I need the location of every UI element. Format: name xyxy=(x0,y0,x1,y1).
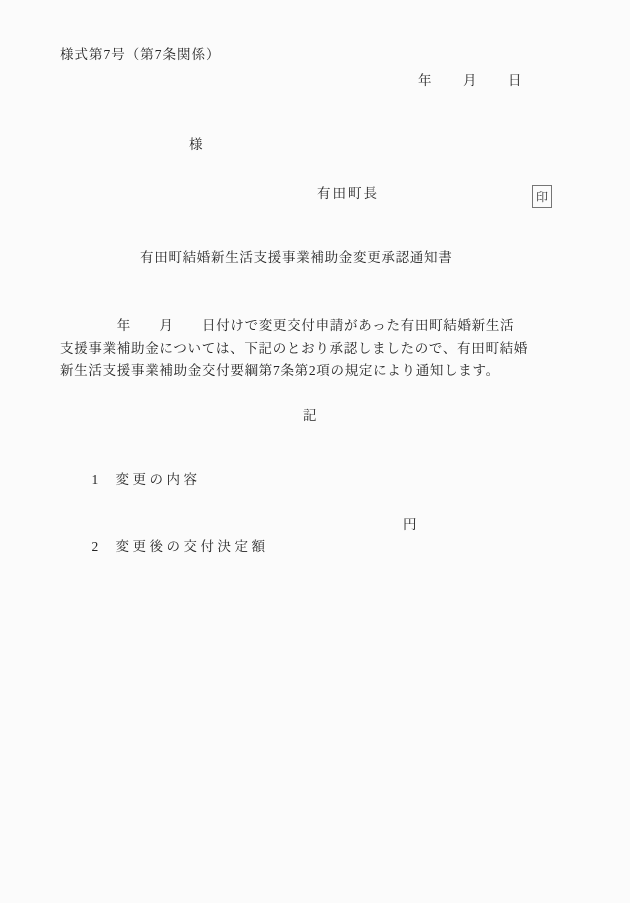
document-title: 有田町結婚新生活支援事業補助金変更承認通知書 xyxy=(140,247,452,269)
issuer-name: 有田町長 xyxy=(317,183,379,205)
body-line-2: 支援事業補助金については、下記のとおり承認しましたので、有田町結婚 xyxy=(60,338,528,360)
seal-mark: 印 xyxy=(536,191,548,203)
item-2-number: 2 xyxy=(92,536,116,558)
item-1-change-content: 1変更の内容 xyxy=(78,447,201,513)
seal-stamp-box: 印 xyxy=(532,185,552,208)
item-1-label: 変更の内容 xyxy=(116,472,201,487)
body-line-3: 新生活支援事業補助金交付要綱第7条第2項の規定により通知します。 xyxy=(60,360,500,382)
document-page: 様式第7号（第7条関係） 年 月 日 様 有田町長 印 有田町結婚新生活支援事業… xyxy=(0,0,630,903)
date-line: 年 月 日 xyxy=(418,70,523,92)
form-number: 様式第7号（第7条関係） xyxy=(60,44,221,66)
item-2-approved-amount: 2変更後の交付決定額 xyxy=(78,514,269,580)
amount-unit-yen: 円 xyxy=(403,514,417,536)
item-2-label: 変更後の交付決定額 xyxy=(116,539,269,554)
body-line-1: 年 月 日付けで変更交付申請があった有田町結婚新生活 xyxy=(60,315,514,337)
record-marker: 記 xyxy=(303,405,317,427)
addressee-honorific: 様 xyxy=(189,134,203,156)
item-1-number: 1 xyxy=(92,469,116,491)
